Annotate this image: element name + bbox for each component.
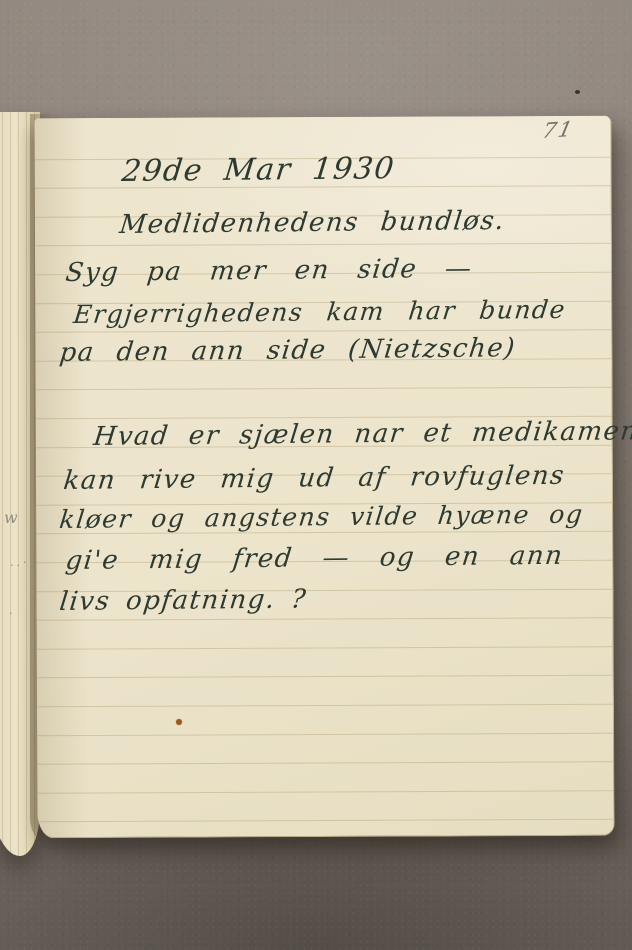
handwriting-line: kan rive mig ud af rovfuglens [62,461,567,496]
handwriting-line: livs opfatning. ? [58,584,309,617]
handwriting-line: Hvad er sjælen nar et medikament [92,416,632,452]
handwriting-line: Syg pa mer en side — [64,254,474,288]
handwriting-line: pa den ann side (Nietzsche) [58,333,517,368]
handwriting-line: kløer og angstens vilde hyæne og [58,499,585,534]
photo-of-notebook: { "photo": { "background_color": "#8a807… [0,0,632,950]
page-number: 71 [540,117,576,143]
handwriting-line: gi'e mig fred — og en ann [64,541,565,576]
ink-showthrough-dots: ..· [10,556,30,569]
ink-showthrough-dot: . [9,604,13,617]
background-fleck [575,90,580,94]
paper-spot [176,719,182,725]
handwriting-date: 29de Mar 1930 [120,151,397,189]
handwriting-line: Medlidenhedens bundløs. [118,206,507,240]
ink-showthrough-mark: w [4,508,18,527]
handwriting-line: Ergjerrighedens kam har bunde [72,295,568,329]
